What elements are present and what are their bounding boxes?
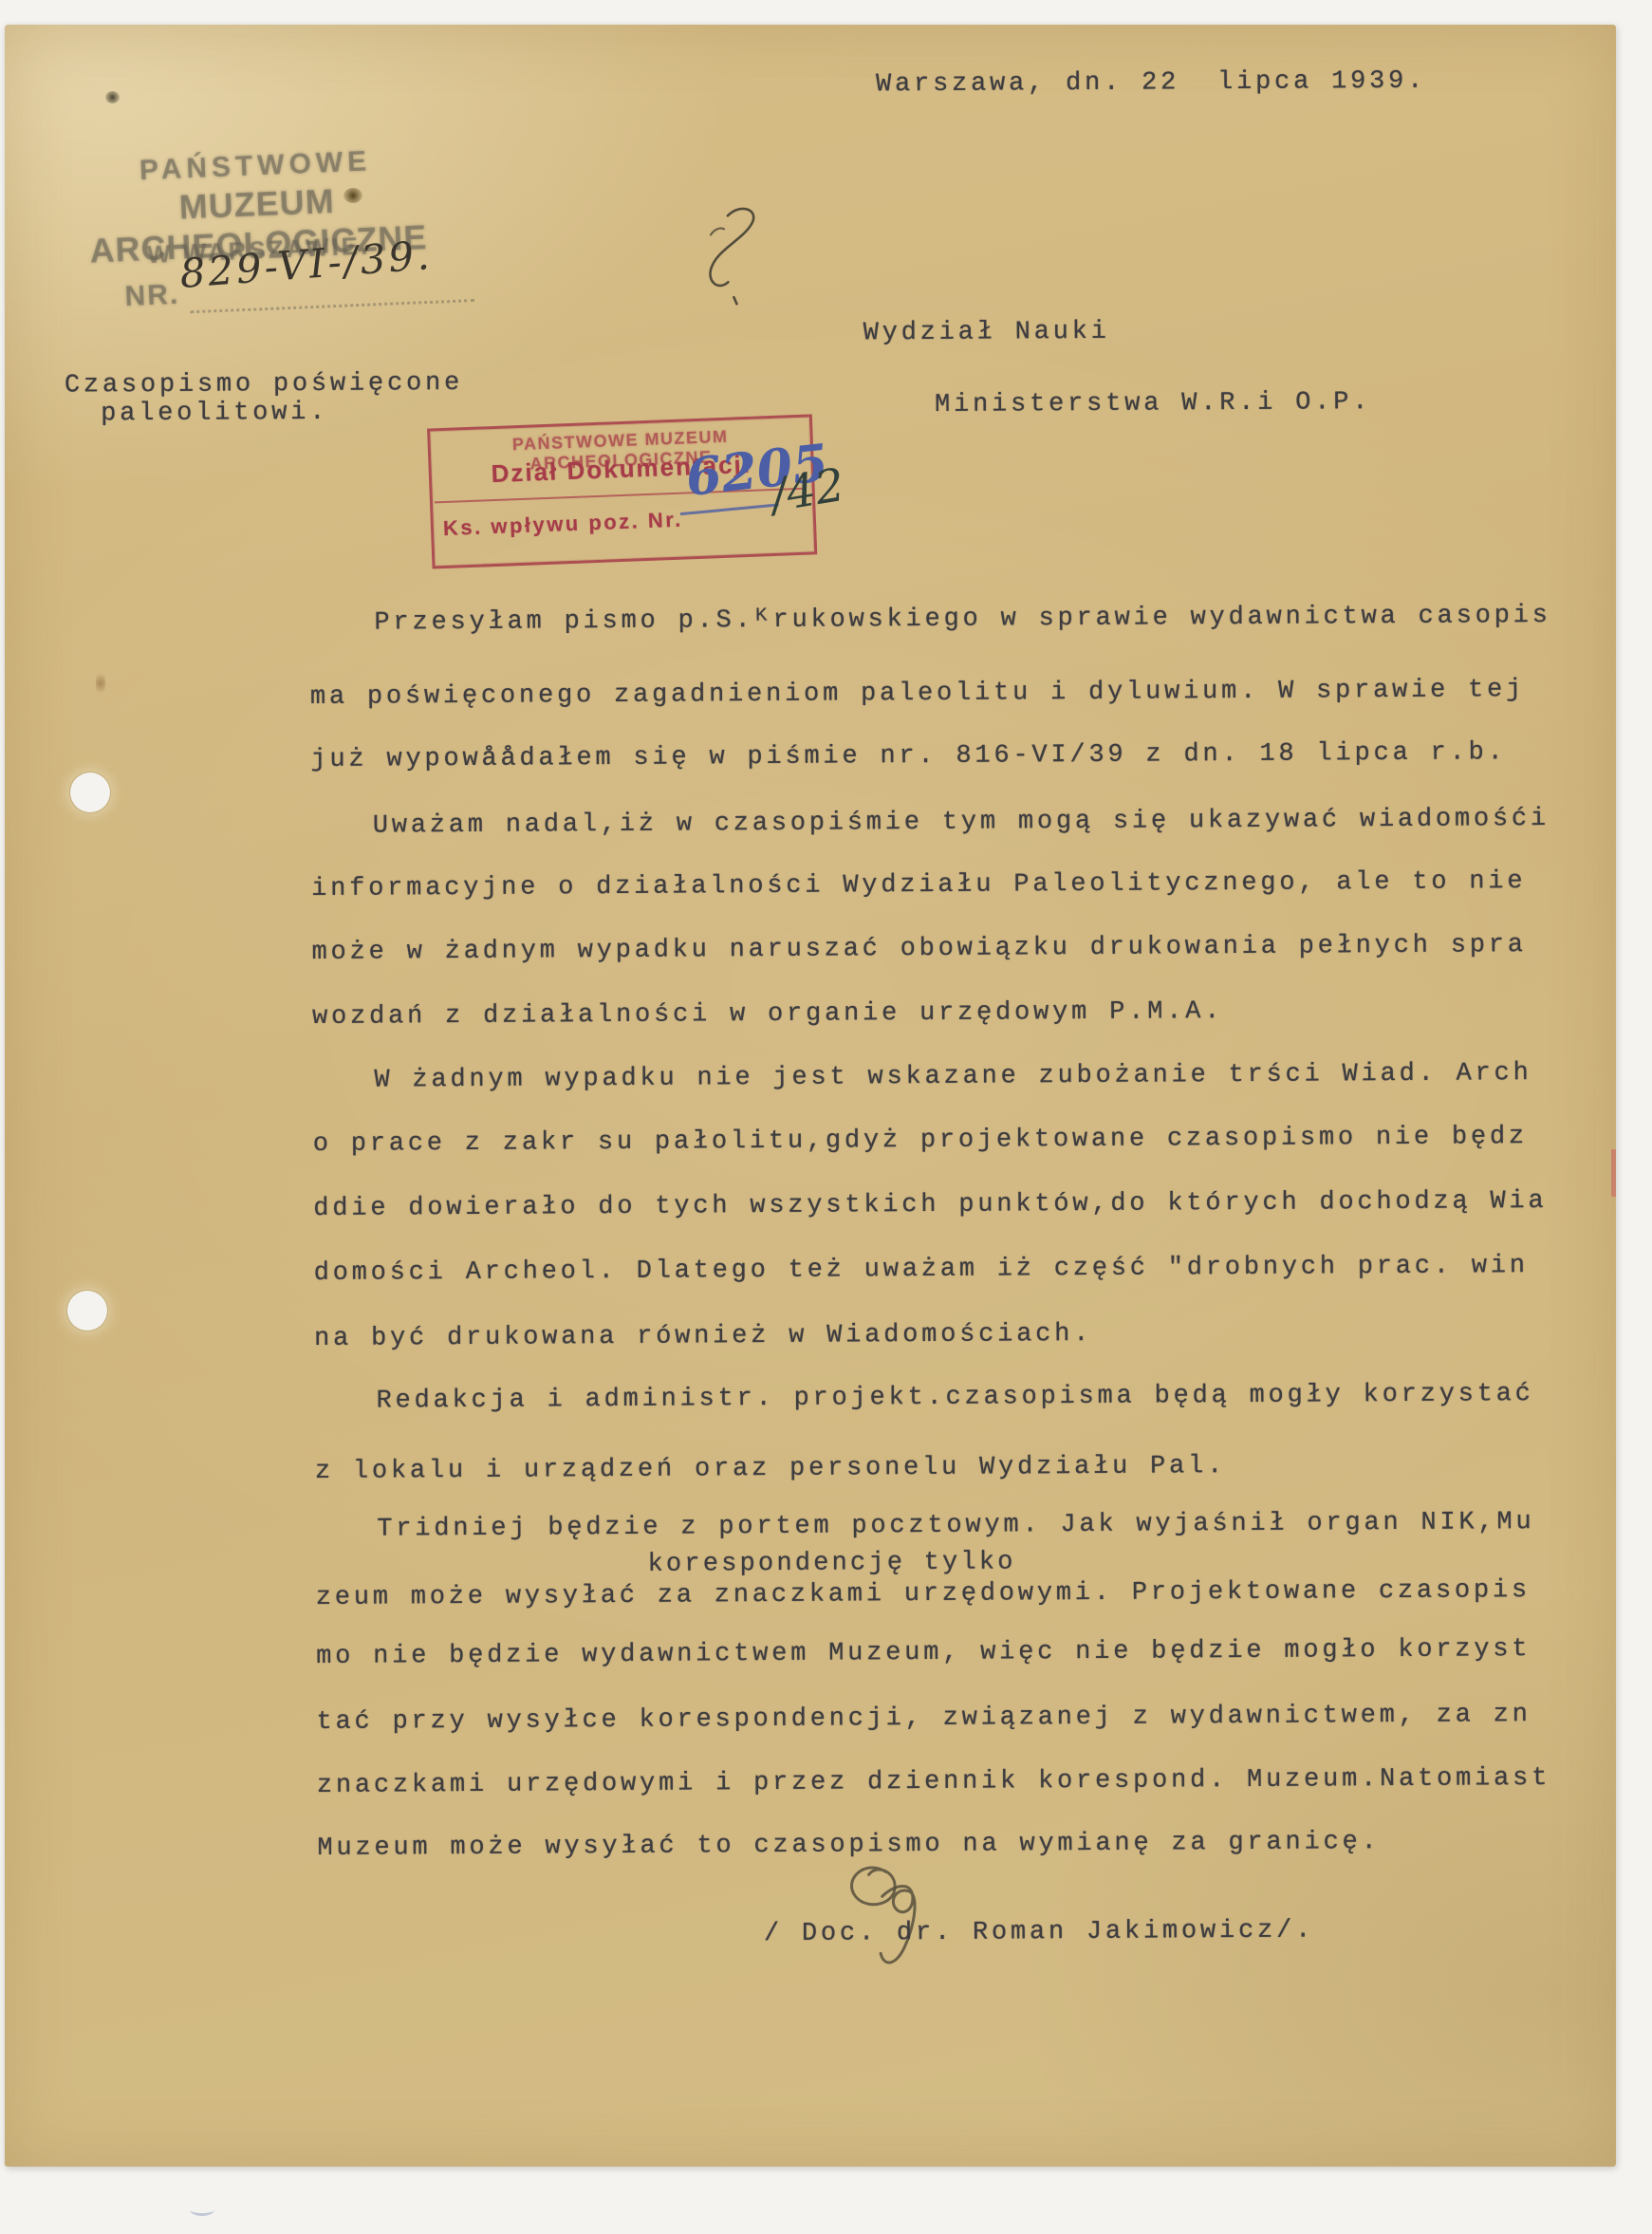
receipt-stamp-entry-label: Ks. wpływu poz. Nr. [443,508,684,541]
typed-line: już wypowåådałem się w piśmie nr. 816-VI… [310,738,1506,774]
typed-signature-line: / Doc. dr. Roman Jakimowicz/. [764,1917,1314,1949]
sender-stamp-nr-label: NR. [124,279,180,313]
typed-line: o prace z zakr su pałolitu,gdyż projekto… [313,1123,1528,1159]
sender-stamp-nr-line [190,299,474,313]
typed-line: zeum może wysyłać za znaczkami urzędowym… [316,1576,1531,1612]
interlinear-insertion: korespondencję tylko [647,1548,1015,1578]
subject-line-2: paleolitowi. [101,399,328,428]
recipient-line-2: Ministerstwa W.R.i O.P. [935,388,1371,419]
handwritten-squiggle-mark [699,200,776,309]
typed-line: informacyjne o działalności Wydziału Pal… [311,867,1526,903]
typed-line: może w żadnym wypadku naruszać obowiązku… [312,931,1527,967]
paper-sheet: Warszawa, dn. 22 lipca 1939. PAŃSTWOWE M… [5,25,1616,2167]
scanned-letter-page: Warszawa, dn. 22 lipca 1939. PAŃSTWOWE M… [0,0,1652,2234]
typed-line: na być drukowana również w Wiadomościach… [314,1320,1092,1353]
recipient-line-1: Wydział Nauki [863,318,1110,348]
typed-line: mo nie będzie wydawnictwem Muzeum, więc … [316,1635,1531,1671]
subject-line-1: Czasopismo poświęcone [65,369,463,400]
handwritten-entry-year: /42 [768,458,848,523]
typed-line: tać przy wysyłce korespondencji, związan… [317,1701,1531,1737]
typed-line: znaczkami urzędowymi i przez dziennik ko… [317,1764,1550,1800]
typed-line: wozdań z działalności w organie urzędowy… [312,997,1223,1032]
typed-line: W żadnym wypadku nie jest wskazane zuboż… [374,1059,1531,1094]
letter-content: Warszawa, dn. 22 lipca 1939. PAŃSTWOWE M… [0,17,1622,2169]
typed-line: Uważam nadal,iż w czasopiśmie tym mogą s… [373,805,1550,841]
typed-line: ddie dowierało do tych wszystkich punktó… [313,1187,1547,1223]
body-lines-layer: Przesyłam pismo p.S.ᴷrukowskiego w spraw… [0,17,1609,27]
typed-line: Redakcja i administr. projekt.czasopisma… [376,1380,1533,1415]
typed-line: ma poświęconego zagadnieniom paleolitu i… [310,676,1525,712]
typed-line: Tridniej będzie z portem pocztowym. Jak … [377,1508,1534,1543]
date-line: Warszawa, dn. 22 lipca 1939. [876,67,1426,100]
pencil-smudge [190,2204,214,2216]
typed-line: domości Archeol. Dlatego też uważam iż c… [314,1252,1529,1288]
typed-line: z lokalu i urządzeń oraz personelu Wydzi… [315,1452,1226,1486]
typed-line: Przesyłam pismo p.S.ᴷrukowskiego w spraw… [374,602,1550,638]
